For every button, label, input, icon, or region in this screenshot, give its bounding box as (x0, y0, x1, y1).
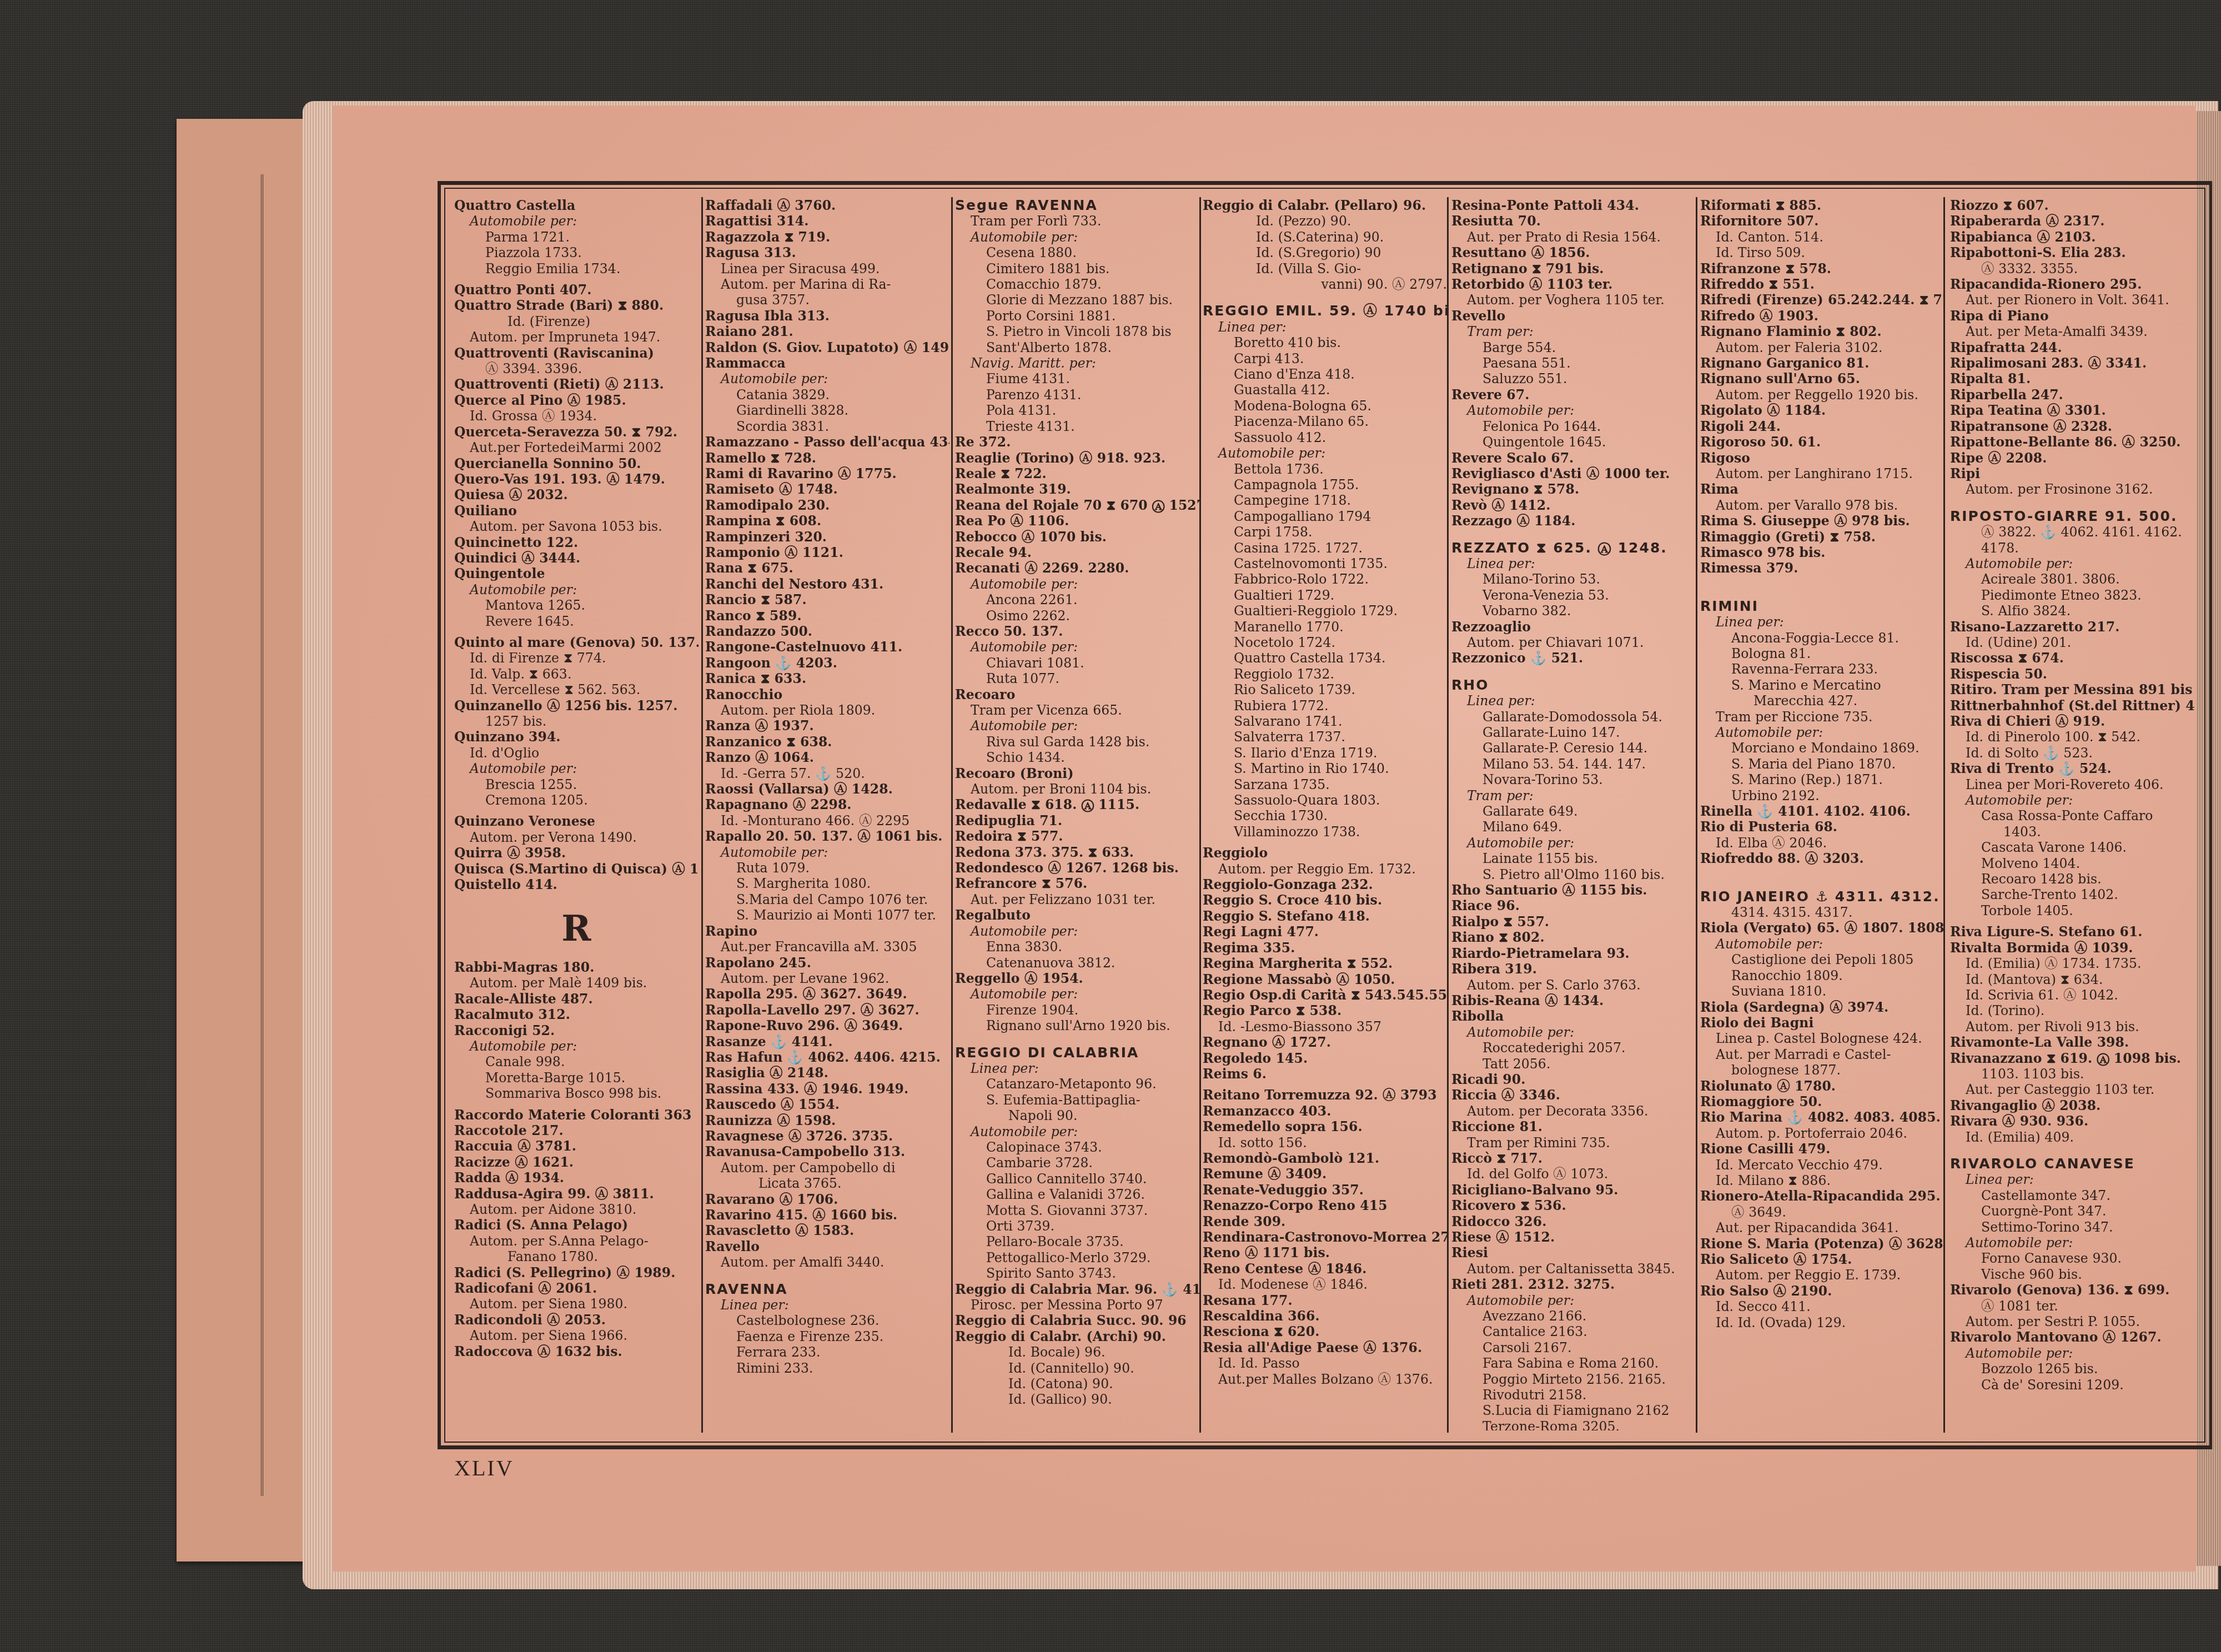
index-entry: Rami di Ravarino Ⓐ 1775. (705, 466, 949, 481)
column-divider (1199, 197, 1201, 1433)
index-entry: Ripaberarda Ⓐ 2317. (1950, 213, 2194, 229)
index-subentry: Milano 649. (1451, 819, 1696, 835)
index-subentry: Tram per Rimini 735. (1451, 1135, 1696, 1151)
index-subentry: Fiume 4131. (955, 371, 1199, 386)
index-subentry: Linea p. Castel Bolognese 424. (1700, 1031, 1944, 1046)
index-entry: Recale 94. (955, 545, 1199, 560)
index-subentry: Rubiera 1772. (1203, 698, 1447, 714)
index-subentry: Castellamonte 347. (1950, 1188, 2194, 1203)
index-subentry: Parenzo 4131. (955, 387, 1199, 403)
index-subentry: Modena-Bologna 65. (1203, 398, 1447, 414)
index-subentry: Id. Tirso 509. (1700, 245, 1944, 260)
index-subentry: Aut. per Rionero in Volt. 3641. (1950, 292, 2194, 308)
index-entry: Rapallo 20. 50. 137. Ⓐ 1061 bis. (705, 828, 949, 844)
index-subentry: Ⓐ 3394. 3396. (454, 361, 699, 376)
index-entry: Quistello 414. (454, 877, 699, 892)
index-entry: Regalbuto (955, 907, 1199, 923)
index-subentry: gusa 3757. (705, 292, 949, 308)
index-entry: Reggio di Calabr. (Archi) 90. (955, 1329, 1199, 1344)
index-subentry: Autom. per Marina di Ra- (705, 277, 949, 292)
index-entry: Ricovero ⧗ 536. (1451, 1198, 1696, 1213)
index-entry: Reggio di Calabria Mar. 96. ⚓ 4162. (955, 1282, 1199, 1297)
index-subentry: Automobile per: (705, 371, 949, 386)
index-entry: Raccotole 217. (454, 1123, 699, 1138)
index-subentry: Boretto 410 bis. (1203, 335, 1447, 350)
index-entry: Reno Centese Ⓐ 1846. (1203, 1261, 1447, 1277)
index-subentry: Ferrara 233. (705, 1344, 949, 1360)
index-subentry: Autom. per Voghera 1105 ter. (1451, 292, 1696, 308)
index-entry: Renate-Veduggio 357. (1203, 1182, 1447, 1198)
index-subentry: S. Pietro all'Olmo 1160 bis. (1451, 867, 1696, 882)
index-subentry: Rio Saliceto 1739. (1203, 682, 1447, 697)
index-subentry: Fanano 1780. (454, 1249, 699, 1264)
index-subentry: Autom. p. Portoferraio 2046. (1700, 1126, 1944, 1141)
index-subentry: Id. (Catona) 90. (955, 1376, 1199, 1392)
index-subentry: Aut. per Casteggio 1103 ter. (1950, 1082, 2194, 1097)
index-entry: Quiliano (454, 503, 699, 519)
index-entry: Riva Ligure-S. Stefano 61. (1950, 924, 2194, 940)
index-column-4: Reggio di Calabr. (Pellaro) 96.Id. (Pezz… (1203, 198, 1447, 1430)
index-subentry: Cascata Varone 1406. (1950, 840, 2194, 855)
index-subentry: Rimini 233. (705, 1360, 949, 1376)
index-entry: Recoaro (955, 687, 1199, 702)
index-subentry: Id. (Villa S. Gio- (1203, 261, 1447, 277)
index-entry: Quinzano Veronese (454, 814, 699, 829)
index-entry: Quinto al mare (Genova) 50. 137. (454, 635, 699, 650)
index-entry: Rigolato Ⓐ 1184. (1700, 403, 1944, 418)
index-entry: Redipuglia 71. (955, 813, 1199, 828)
index-entry: Rapone-Ruvo 296. Ⓐ 3649. (705, 1018, 949, 1033)
index-entry: Rignano sull'Arno 65. (1700, 371, 1944, 386)
index-subentry: Automobile per: (1451, 1025, 1696, 1040)
index-entry: Radici (S. Anna Pelago) (454, 1217, 699, 1233)
index-subentry: Automobile per: (1950, 556, 2194, 571)
index-entry: Ravello (705, 1239, 949, 1254)
index-entry: Remondò-Gambolò 121. (1203, 1151, 1447, 1166)
index-subentry: Spirito Santo 3743. (955, 1266, 1199, 1281)
index-entry: Riccò ⧗ 717. (1451, 1151, 1696, 1166)
index-subentry: Ancona 2261. (955, 592, 1199, 607)
index-entry: Rangone-Castelnuovo 411. (705, 639, 949, 655)
back-page-border (261, 174, 264, 1496)
index-subentry: Gallarate-Luino 147. (1451, 725, 1696, 740)
index-subentry: Autom. per Aidone 3810. (454, 1202, 699, 1217)
index-subentry: Terzone-Roma 3205. (1451, 1419, 1696, 1430)
index-subentry: Cà de' Soresini 1209. (1950, 1377, 2194, 1393)
index-subentry: Automobile per: (1700, 936, 1944, 952)
index-subentry: Porto Corsini 1881. (955, 308, 1199, 324)
index-entry: Revello (1451, 308, 1696, 324)
index-entry: Rassina 433. Ⓐ 1946. 1949. (705, 1081, 949, 1097)
index-entry: Resana 177. (1203, 1293, 1447, 1308)
index-entry: Rivangaglio Ⓐ 2038. (1950, 1098, 2194, 1113)
index-subentry: Aut.per Malles Bolzano Ⓐ 1376. (1203, 1372, 1447, 1387)
index-entry: Ripe Ⓐ 2208. (1950, 450, 2194, 466)
index-subentry: Enna 3830. (955, 939, 1199, 955)
index-entry: Resuttano Ⓐ 1856. (1451, 245, 1696, 260)
index-subentry: Tram per Vicenza 665. (955, 702, 1199, 718)
index-subentry: Orti 3739. (955, 1218, 1199, 1234)
index-entry: Quattro Ponti 407. (454, 282, 699, 298)
index-entry: Quiesa Ⓐ 2032. (454, 487, 699, 503)
index-entry: Rampina ⧗ 608. (705, 513, 949, 529)
index-subentry: Automobile per: (955, 1124, 1199, 1139)
index-entry: Reggio S. Stefano 418. (1203, 908, 1447, 924)
index-subentry: Maranello 1770. (1203, 619, 1447, 635)
index-subentry: S. Maurizio ai Monti 1077 ter. (705, 907, 949, 923)
index-entry: Rende 309. (1203, 1214, 1447, 1229)
index-subentry: Aut. per Meta-Amalfi 3439. (1950, 324, 2194, 339)
index-entry: Regima 335. (1203, 940, 1447, 956)
index-subentry: Autom. per Reggello 1920 bis. (1700, 387, 1944, 403)
index-subentry: 4314. 4315. 4317. (1700, 905, 1944, 920)
column-divider (951, 197, 953, 1433)
index-subentry: S. Eufemia-Battipaglia- (955, 1092, 1199, 1108)
index-entry: Raunizza Ⓐ 1598. (705, 1113, 949, 1128)
index-subentry: Navig. Maritt. per: (955, 355, 1199, 371)
index-entry: Querce al Pino Ⓐ 1985. (454, 393, 699, 408)
index-subentry: Vobarno 382. (1451, 603, 1696, 619)
index-subentry: Pettogallico-Merlo 3729. (955, 1250, 1199, 1266)
index-entry: Riozzo ⧗ 607. (1950, 198, 2194, 213)
index-entry: Racalmuto 312. (454, 1007, 699, 1022)
index-entry: Rammacca (705, 355, 949, 371)
index-entry: Ritiro. Tram per Messina 891 bis (1950, 682, 2194, 697)
index-entry: Riva di Trento ⚓ 524. (1950, 761, 2194, 776)
index-entry: Ragazzola ⧗ 719. (705, 229, 949, 245)
index-subentry: Automobile per: (955, 923, 1199, 939)
index-entry: Ramello ⧗ 728. (705, 450, 949, 466)
index-entry: Raccordo Materie Coloranti 363 (454, 1107, 699, 1123)
index-entry: Rione S. Maria (Potenza) Ⓐ 3628. (1700, 1236, 1944, 1252)
index-entry: Ripabianca Ⓐ 2103. (1950, 229, 2194, 245)
index-entry: Ripa di Piano (1950, 308, 2194, 324)
index-entry: Ripalta 81. (1950, 371, 2194, 386)
index-subentry: Saluzzo 551. (1451, 371, 1696, 386)
index-entry: Reana del Rojale 70 ⧗ 670 Ⓐ 1527 (955, 498, 1199, 513)
index-subentry: Id. -Gerra 57. ⚓ 520. (705, 766, 949, 781)
index-subentry: Paesana 551. (1451, 355, 1696, 371)
index-entry: Rio di Pusteria 68. (1700, 819, 1944, 835)
index-subentry: Salvarano 1741. (1203, 714, 1447, 729)
index-entry: Regnano Ⓐ 1727. (1203, 1035, 1447, 1050)
index-subentry: Id. Secco 411. (1700, 1299, 1944, 1314)
index-subentry: Autom. per Chiavari 1071. (1451, 635, 1696, 650)
index-subentry: Licata 3765. (705, 1176, 949, 1191)
index-subentry: Fabbrico-Rolo 1722. (1203, 571, 1447, 587)
index-subentry: Ancona-Foggia-Lecce 81. (1700, 630, 1944, 646)
index-subentry: Id. di Solto ⚓ 523. (1950, 745, 2194, 761)
index-subentry: Id. (Mantova) ⧗ 634. (1950, 972, 2194, 987)
index-subentry: Gallina e Valanidi 3726. (955, 1187, 1199, 1202)
index-subentry: Id. sotto 156. (1203, 1135, 1447, 1151)
index-entry: Rasanze ⚓ 4141. (705, 1034, 949, 1050)
index-subentry: Suviana 1810. (1700, 983, 1944, 999)
index-subentry: Molveno 1404. (1950, 856, 2194, 871)
index-entry: Riesi (1451, 1245, 1696, 1261)
index-column-5: Resina-Ponte Pattoli 434.Resiutta 70.Aut… (1451, 198, 1696, 1430)
index-subentry: Glorie di Mezzano 1887 bis. (955, 292, 1199, 308)
index-subentry: Casa Rossa-Ponte Caffaro (1950, 808, 2194, 824)
index-subentry: Verona-Venezia 53. (1451, 588, 1696, 603)
index-subentry: Id. (Emilia) Ⓐ 1734. 1735. (1950, 956, 2194, 971)
index-subentry: Milano 53. 54. 144. 147. (1451, 756, 1696, 772)
index-entry: Raffadali Ⓐ 3760. (705, 198, 949, 213)
index-entry: Rana ⧗ 675. (705, 560, 949, 576)
index-entry: Resina-Ponte Pattoli 434. (1451, 198, 1696, 213)
index-entry: Radicondoli Ⓐ 2053. (454, 1312, 699, 1328)
index-subentry: Urbino 2192. (1700, 788, 1944, 804)
city-heading: RAVENNA (705, 1282, 949, 1297)
index-entry: Rifornitore 507. (1700, 213, 1944, 229)
index-entry: Resciona ⧗ 620. (1203, 1324, 1447, 1339)
index-entry: Regoledo 145. (1203, 1051, 1447, 1066)
index-subentry: Cambarie 3728. (955, 1155, 1199, 1171)
index-subentry: Secchia 1730. (1203, 808, 1447, 824)
index-entry: Ragattisi 314. (705, 213, 949, 229)
index-subentry: Automobile per: (1451, 403, 1696, 418)
index-subentry: Ⓐ 3822. ⚓ 4062. 4161. 4162. (1950, 524, 2194, 540)
index-subentry: Id. Modenese Ⓐ 1846. (1203, 1277, 1447, 1292)
index-subentry: Tram per: (1451, 788, 1696, 804)
index-subentry: Automobile per: (705, 845, 949, 860)
index-subentry: S.Lucia di Fiamignano 2162 (1451, 1403, 1696, 1418)
index-subentry: Id. Grossa Ⓐ 1934. (454, 408, 699, 424)
index-subentry: Automobile per: (955, 718, 1199, 734)
index-entry: Riva di Chieri Ⓐ 919. (1950, 714, 2194, 729)
index-subentry: Id. di Firenze ⧗ 774. (454, 650, 699, 666)
index-entry: Rivanazzano ⧗ 619. Ⓐ 1098 bis. (1950, 1051, 2194, 1066)
index-entry: Ravascletto Ⓐ 1583. (705, 1223, 949, 1238)
index-subentry: Ⓐ 3649. (1700, 1204, 1944, 1220)
index-subentry: Aut. per Marradi e Castel- (1700, 1047, 1944, 1062)
index-entry: Regi Lagni 477. (1203, 924, 1447, 940)
index-subentry: Autom. per Campobello di (705, 1160, 949, 1176)
index-entry: Rapolano 245. (705, 955, 949, 971)
index-entry: Ravarino 415. Ⓐ 1660 bis. (705, 1207, 949, 1223)
column-divider (701, 197, 703, 1433)
index-subentry: Milano-Torino 53. (1451, 571, 1696, 587)
index-subentry: Marecchia 427. (1700, 693, 1944, 709)
index-entry: Reggiolo (1203, 845, 1447, 861)
city-heading: RHO (1451, 677, 1696, 693)
index-subentry: Sassuolo 412. (1203, 430, 1447, 445)
index-subentry: Autom. per Rivoli 913 bis. (1950, 1019, 2194, 1035)
index-subentry: Id. (Gallico) 90. (955, 1392, 1199, 1407)
index-entry: Rezzoaglio (1451, 619, 1696, 635)
city-heading: Segue RAVENNA (955, 198, 1199, 213)
index-subentry: Canale 998. (454, 1054, 699, 1069)
index-subentry: Linea per Siracusa 499. (705, 261, 949, 277)
index-subentry: Novara-Torino 53. (1451, 772, 1696, 787)
index-subentry: Automobile per: (955, 229, 1199, 245)
index-entry: Realmonte 319. (955, 481, 1199, 497)
index-entry: Reggio di Calabria Succ. 90. 96 (955, 1313, 1199, 1328)
index-subentry: Id. Valp. ⧗ 663. (454, 666, 699, 682)
index-subentry: Tram per: (1451, 324, 1696, 339)
index-entry: Rio Saliceto Ⓐ 1754. (1700, 1252, 1944, 1267)
index-subentry: Settimo-Torino 347. (1950, 1219, 2194, 1235)
index-subentry: Guastalla 412. (1203, 382, 1447, 398)
index-entry: Quirra Ⓐ 3958. (454, 845, 699, 861)
index-entry: Riofreddo 88. Ⓐ 3203. (1700, 851, 1944, 866)
index-entry: Rapino (705, 923, 949, 939)
index-entry: Ranza Ⓐ 1937. (705, 718, 949, 734)
index-subentry: Cesena 1880. (955, 245, 1199, 260)
city-heading: REZZATO ⧗ 625. Ⓐ 1248. (1451, 540, 1696, 556)
index-entry: Ripalimosani 283. Ⓐ 3341. (1950, 355, 2194, 371)
index-subentry: Id. Vercellese ⧗ 562. 563. (454, 682, 699, 697)
index-subentry: Linea per Mori-Rovereto 406. (1950, 777, 2194, 792)
index-entry: Ramiseto Ⓐ 1748. (705, 481, 949, 497)
index-subentry: S. Ilario d'Enza 1719. (1203, 745, 1447, 761)
index-subentry: Parma 1721. (454, 229, 699, 245)
index-entry: Ripattone-Bellante 86. Ⓐ 3250. (1950, 434, 2194, 450)
index-entry: Redondesco Ⓐ 1267. 1268 bis. (955, 860, 1199, 876)
index-entry: Quattroventi (Rieti) Ⓐ 2113. (454, 376, 699, 392)
index-entry: Rapagnano Ⓐ 2298. (705, 797, 949, 812)
index-entry: Resia all'Adige Paese Ⓐ 1376. (1203, 1340, 1447, 1355)
index-subentry: Scordia 3831. (705, 419, 949, 434)
index-entry: Racizze Ⓐ 1621. (454, 1154, 699, 1170)
index-entry: Rimessa 379. (1700, 560, 1944, 576)
index-column-6: Riformati ⧗ 885.Rifornitore 507.Id. Cant… (1700, 198, 1944, 1430)
index-entry: Rangoon ⚓ 4203. (705, 655, 949, 671)
index-subentry: Morciano e Mondaino 1869. (1700, 740, 1944, 756)
index-entry: Riscossa ⧗ 674. (1950, 650, 2194, 666)
index-entry: Riolunato Ⓐ 1780. (1700, 1078, 1944, 1094)
index-subentry: Autom. per Caltanissetta 3845. (1451, 1261, 1696, 1277)
index-entry: Riomaggiore 50. (1700, 1094, 1944, 1109)
city-heading: REGGIO DI CALABRIA (955, 1045, 1199, 1061)
index-subentry: Giardinelli 3828. (705, 403, 949, 418)
index-subentry: Id. -Lesmo-Biassono 357 (1203, 1019, 1447, 1035)
index-entry: Rimaggio (Greti) ⧗ 758. (1700, 529, 1944, 545)
index-entry: Riace 96. (1451, 898, 1696, 913)
index-subentry: Aut. per Prato di Resia 1564. (1451, 229, 1696, 245)
index-entry: Riparbella 247. (1950, 387, 2194, 403)
index-entry: Rezzonico ⚓ 521. (1451, 650, 1696, 666)
index-entry: Rasiglia Ⓐ 2148. (705, 1065, 949, 1081)
index-entry: Revigliasco d'Asti Ⓐ 1000 ter. (1451, 466, 1696, 481)
column-divider (1696, 197, 1697, 1433)
index-subentry: Id. (Torino). (1950, 1003, 2194, 1018)
index-entry: Ravarano Ⓐ 1706. (705, 1192, 949, 1207)
index-subentry: Autom. per Impruneta 1947. (454, 329, 699, 345)
index-entry: Revò Ⓐ 1412. (1451, 498, 1696, 513)
index-subentry: Cuorgnè-Pont 347. (1950, 1203, 2194, 1219)
index-subentry: Autom. per S.Anna Pelago- (454, 1233, 699, 1249)
index-subentry: Id. del Golfo Ⓐ 1073. (1451, 1166, 1696, 1182)
index-entry: Rigoroso 50. 61. (1700, 434, 1944, 450)
index-entry: Reims 6. (1203, 1066, 1447, 1082)
index-subentry: Gallarate-Domodossola 54. (1451, 709, 1696, 725)
index-subentry: Id. Milano ⧗ 886. (1700, 1173, 1944, 1188)
index-subentry: Linea per: (1700, 614, 1944, 630)
index-subentry: 1257 bis. (454, 714, 699, 729)
index-subentry: Id. Id. Passo (1203, 1355, 1447, 1371)
index-subentry: S.Maria del Campo 1076 ter. (705, 892, 949, 907)
index-subentry: S. Marino e Mercatino (1700, 677, 1944, 693)
city-heading: RIPOSTO-GIARRE 91. 500. (1950, 509, 2194, 524)
index-entry: Ribera 319. (1451, 961, 1696, 977)
index-subentry: Gallarate-P. Ceresio 144. (1451, 740, 1696, 756)
index-entry: Racconigi 52. (454, 1023, 699, 1038)
index-subentry: Automobile per: (454, 213, 699, 229)
index-entry: Riardo-Pietramelara 93. (1451, 946, 1696, 961)
index-subentry: Automobile per: (1451, 835, 1696, 851)
index-entry: Rho Santuario Ⓐ 1155 bis. (1451, 882, 1696, 898)
index-entry: Ragusa 313. (705, 245, 949, 260)
index-subentry: Pellaro-Bocale 3735. (955, 1234, 1199, 1249)
index-entry: Ravagnese Ⓐ 3726. 3735. (705, 1128, 949, 1144)
index-subentry: Nocetolo 1724. (1203, 635, 1447, 650)
index-subentry: Ciano d'Enza 418. (1203, 366, 1447, 382)
index-entry: Ranica ⧗ 633. (705, 671, 949, 686)
index-entry: Riccione 81. (1451, 1119, 1696, 1134)
index-entry: Rivarolo Mantovano Ⓐ 1267. (1950, 1329, 2194, 1345)
index-entry: Radici (S. Pellegrino) Ⓐ 1989. (454, 1265, 699, 1281)
index-subentry: Carpi 1758. (1203, 524, 1447, 540)
index-subentry: Autom. per Siena 1980. (454, 1296, 699, 1312)
index-entry: Retignano ⧗ 791 bis. (1451, 261, 1696, 277)
index-entry: Riano ⧗ 802. (1451, 930, 1696, 945)
index-entry: Quattroventi (Raviscanina) (454, 345, 699, 361)
index-subentry: Ruta 1079. (705, 860, 949, 876)
index-subentry: Trieste 4131. (955, 419, 1199, 434)
index-subentry: Reggio Emilia 1734. (454, 261, 699, 277)
index-entry: Quercianella Sonnino 50. (454, 456, 699, 471)
index-entry: Riformati ⧗ 885. (1700, 198, 1944, 213)
index-entry: Rancio ⧗ 587. (705, 592, 949, 607)
index-entry: Rigoso (1700, 450, 1944, 466)
index-entry: Rignano Flaminio ⧗ 802. (1700, 324, 1944, 339)
index-entry: Raddusa-Agira 99. Ⓐ 3811. (454, 1186, 699, 1202)
index-subentry: Autom. per S. Carlo 3763. (1451, 977, 1696, 993)
index-subentry: Felonica Po 1644. (1451, 419, 1696, 434)
index-subentry: S. Pietro in Vincoli 1878 bis (955, 324, 1199, 339)
index-subentry: S. Margherita 1080. (705, 876, 949, 891)
index-subentry: Linea per: (1451, 556, 1696, 571)
index-subentry: Campegine 1718. (1203, 493, 1447, 508)
index-entry: Quero-Vas 191. 193. Ⓐ 1479. (454, 471, 699, 487)
index-subentry: Autom. per Broni 1104 bis. (955, 781, 1199, 797)
index-subentry: Mantova 1265. (454, 597, 699, 613)
index-subentry: Id. (Firenze) (454, 314, 699, 329)
index-subentry: Firenze 1904. (955, 1002, 1199, 1018)
index-entry: Ramodipalo 230. (705, 498, 949, 513)
index-entry: Retorbido Ⓐ 1103 ter. (1451, 277, 1696, 292)
index-entry: Ramponio Ⓐ 1121. (705, 545, 949, 560)
index-subentry: Ⓐ 1081 ter. (1950, 1298, 2194, 1314)
index-subentry: Automobile per: (1451, 1293, 1696, 1308)
index-subentry: Automobile per: (1950, 792, 2194, 808)
index-subentry: Villaminozzo 1738. (1203, 824, 1447, 840)
index-subentry: Ruta 1077. (955, 671, 1199, 686)
index-entry: Rivamonte-La Valle 398. (1950, 1035, 2194, 1050)
index-subentry: Automobile per: (1950, 1345, 2194, 1361)
index-entry: Querceta-Seravezza 50. ⧗ 792. (454, 424, 699, 440)
index-subentry: Casina 1725. 1727. (1203, 540, 1447, 556)
index-subentry: Castelbolognese 236. (705, 1313, 949, 1328)
index-subentry: Ravenna-Ferrara 233. (1700, 661, 1944, 677)
index-entry: Remune Ⓐ 3409. (1203, 1166, 1447, 1182)
index-entry: Ragusa Ibla 313. (705, 308, 949, 324)
index-subentry: Aut. per Felizzano 1031 ter. (955, 892, 1199, 907)
index-entry: Remedello sopra 156. (1203, 1119, 1447, 1134)
index-entry: Rima S. Giuseppe Ⓐ 978 bis. (1700, 513, 1944, 529)
city-heading: RIMINI (1700, 599, 1944, 614)
